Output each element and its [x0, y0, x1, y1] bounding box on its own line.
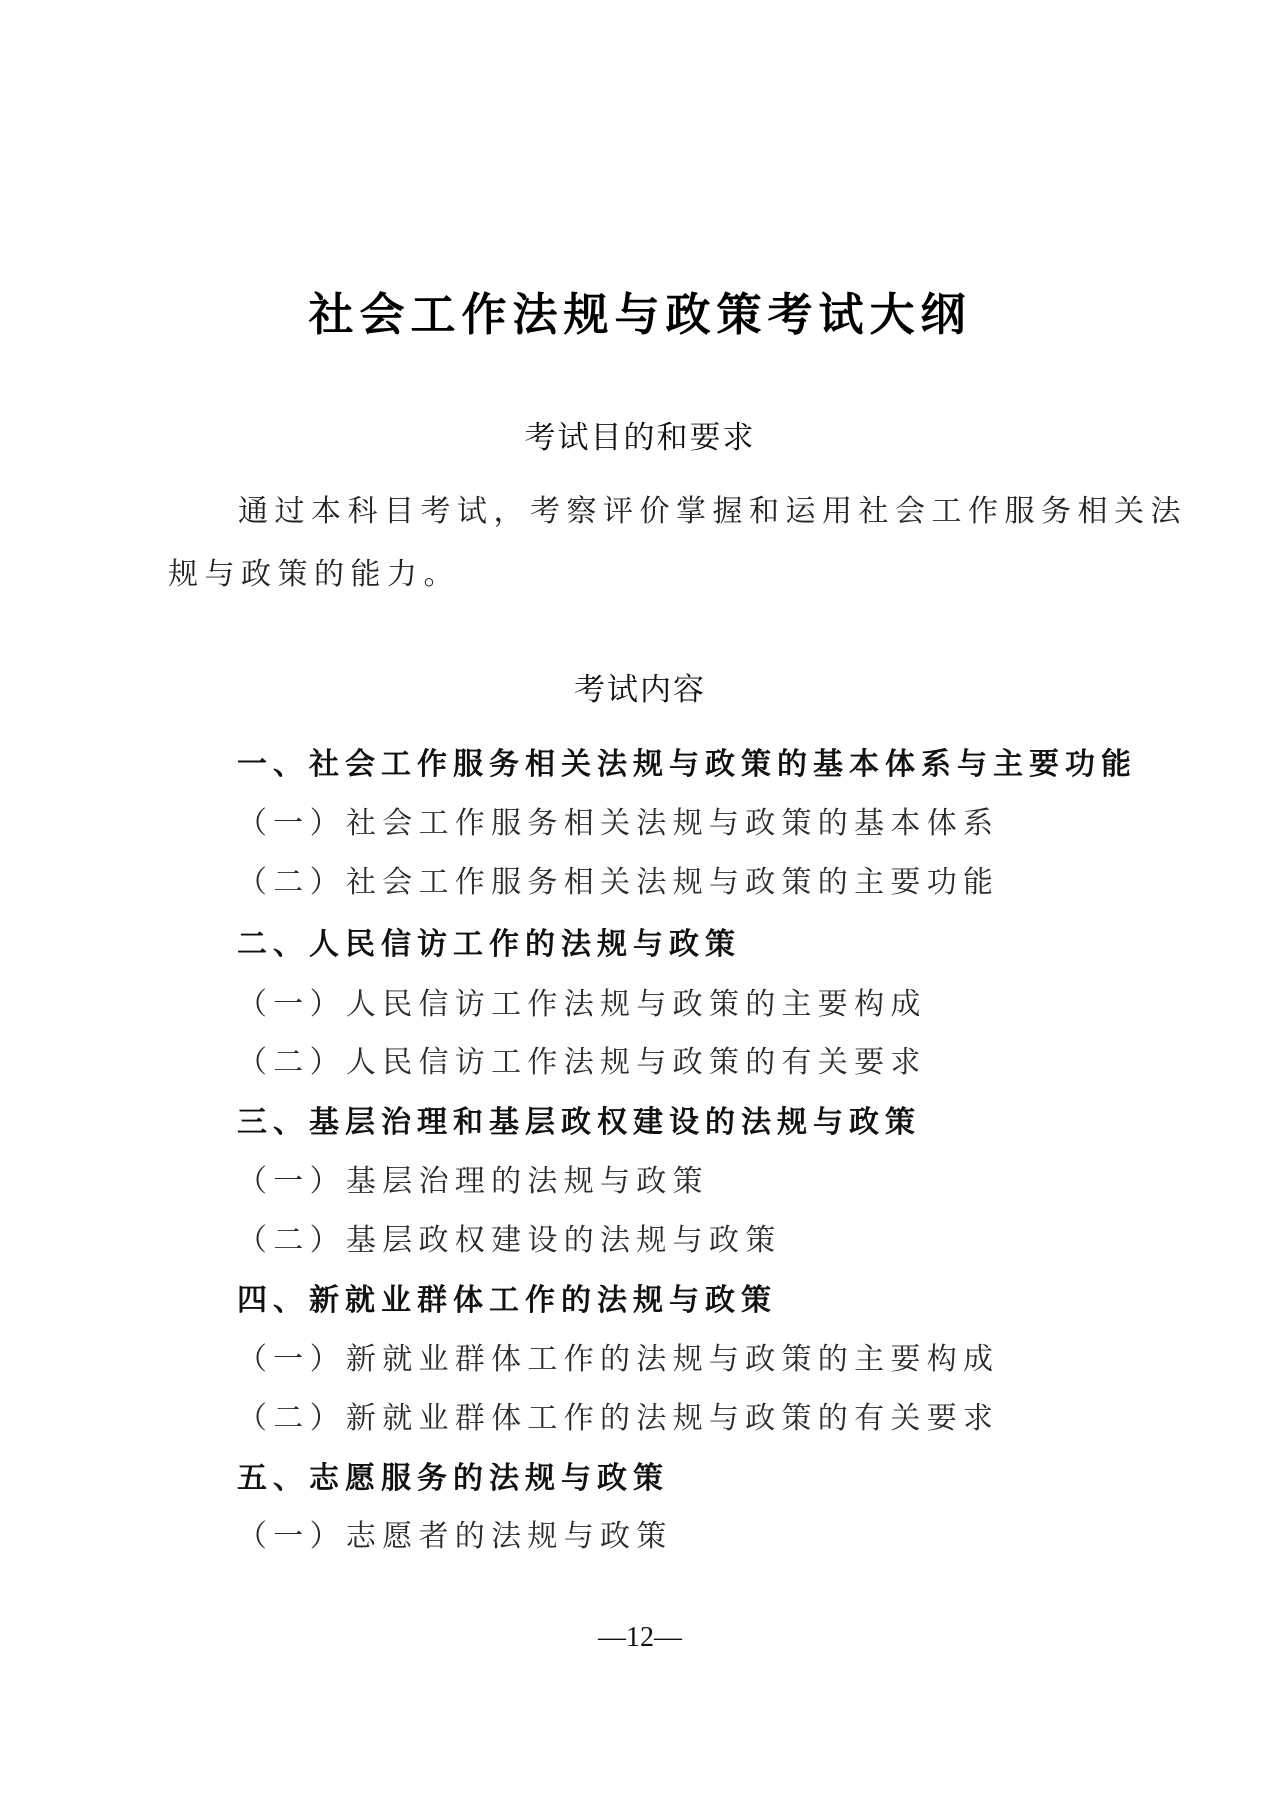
section-1-item-1: （一）社会工作服务相关法规与政策的基本体系	[237, 809, 999, 839]
section-3-item-1: （一）基层治理的法规与政策	[237, 1167, 709, 1197]
section-heading-5: 五、志愿服务的法规与政策	[237, 1464, 669, 1494]
section-4-item-2: （二）新就业群体工作的法规与政策的有关要求	[237, 1404, 999, 1434]
section-heading-1: 一、社会工作服务相关法规与政策的基本体系与主要功能	[237, 750, 1137, 780]
section-heading-2: 二、人民信访工作的法规与政策	[237, 930, 741, 960]
section-heading-4: 四、新就业群体工作的法规与政策	[237, 1286, 777, 1316]
section-3-item-2: （二）基层政权建设的法规与政策	[237, 1226, 782, 1256]
document-title: 社会工作法规与政策考试大纲	[0, 292, 1280, 337]
section-heading-3: 三、基层治理和基层政权建设的法规与政策	[237, 1108, 921, 1138]
purpose-paragraph-line-1: 通过本科目考试，考察评价掌握和运用社会工作服务相关法	[238, 497, 1187, 527]
document-page: 社会工作法规与政策考试大纲 考试目的和要求 通过本科目考试，考察评价掌握和运用社…	[0, 0, 1280, 1810]
section-5-item-1: （一）志愿者的法规与政策	[237, 1522, 673, 1552]
section-1-item-2: （二）社会工作服务相关法规与政策的主要功能	[237, 868, 999, 898]
purpose-heading: 考试目的和要求	[0, 423, 1280, 454]
section-2-item-1: （一）人民信访工作法规与政策的主要构成	[237, 990, 927, 1020]
section-2-item-2: （二）人民信访工作法规与政策的有关要求	[237, 1048, 927, 1078]
page-number: —12—	[0, 1624, 1280, 1652]
purpose-paragraph-line-2: 规与政策的能力。	[168, 560, 460, 590]
section-4-item-1: （一）新就业群体工作的法规与政策的主要构成	[237, 1345, 999, 1375]
content-heading: 考试内容	[0, 675, 1280, 706]
